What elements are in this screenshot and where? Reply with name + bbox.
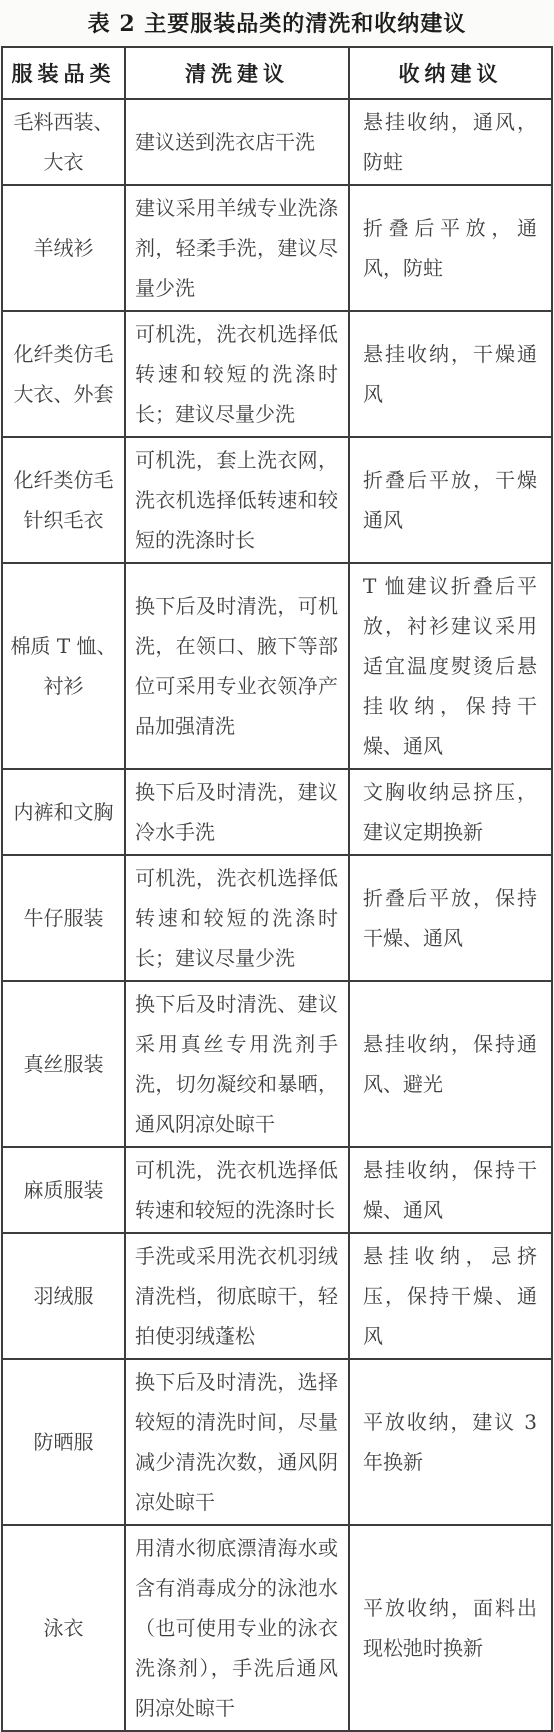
cleaning-cell: 换下后及时清洗，建议冷水手洗 xyxy=(125,769,349,855)
category-cell: 麻质服装 xyxy=(2,1147,125,1233)
category-cell: 羊绒衫 xyxy=(2,185,125,311)
table-row: 防晒服 换下后及时清洗，选择较短的清洗时间，尽量减少清洗次数，通风阴凉处晾干 平… xyxy=(2,1359,552,1525)
cleaning-cell: 建议采用羊绒专业洗涤剂，轻柔手洗，建议尽量少洗 xyxy=(125,185,349,311)
table-row: 麻质服装 可机洗，洗衣机选择低转速和较短的洗涤时长 悬挂收纳，保持干燥、通风 xyxy=(2,1147,552,1233)
table-row: 棉质 T 恤、衬衫 换下后及时清洗，可机洗，在领口、腋下等部位可采用专业衣领净产… xyxy=(2,563,552,769)
cleaning-cell: 可机洗，洗衣机选择低转速和较短的洗涤时长 xyxy=(125,1147,349,1233)
cleaning-cell: 换下后及时清洗、建议采用真丝专用洗剂手洗，切勿凝绞和暴晒，通风阴凉处晾干 xyxy=(125,981,349,1147)
header-row: 服装品类 清洗建议 收纳建议 xyxy=(2,47,552,99)
storage-cell: T 恤建议折叠后平放，衬衫建议采用适宜温度熨烫后悬挂收纳，保持干燥、通风 xyxy=(349,563,552,769)
col-header-cleaning: 清洗建议 xyxy=(125,47,349,99)
clothing-care-table: 服装品类 清洗建议 收纳建议 毛料西装、大衣 建议送到洗衣店干洗 悬挂收纳，通风… xyxy=(1,46,553,1732)
col-header-category: 服装品类 xyxy=(2,47,125,99)
table-row: 真丝服装 换下后及时清洗、建议采用真丝专用洗剂手洗，切勿凝绞和暴晒，通风阴凉处晾… xyxy=(2,981,552,1147)
category-cell: 毛料西装、大衣 xyxy=(2,99,125,185)
col-header-storage: 收纳建议 xyxy=(349,47,552,99)
table-row: 牛仔服装 可机洗，洗衣机选择低转速和较短的洗涤时长；建议尽量少洗 折叠后平放，保… xyxy=(2,855,552,981)
category-cell: 内裤和文胸 xyxy=(2,769,125,855)
table-row: 羽绒服 手洗或采用洗衣机羽绒清洗档，彻底晾干，轻拍使羽绒蓬松 悬挂收纳，忌挤压，… xyxy=(2,1233,552,1359)
storage-cell: 平放收纳，建议 3 年换新 xyxy=(349,1359,552,1525)
table-row: 化纤类仿毛针织毛衣 可机洗，套上洗衣网，洗衣机选择低转速和较短的洗涤时长 折叠后… xyxy=(2,437,552,563)
table-row: 内裤和文胸 换下后及时清洗，建议冷水手洗 文胸收纳忌挤压，建议定期换新 xyxy=(2,769,552,855)
cleaning-cell: 可机洗，洗衣机选择低转速和较短的洗涤时长；建议尽量少洗 xyxy=(125,311,349,437)
cleaning-cell: 可机洗，洗衣机选择低转速和较短的洗涤时长；建议尽量少洗 xyxy=(125,855,349,981)
storage-cell: 折叠后平放，保持干燥、通风 xyxy=(349,855,552,981)
category-cell: 防晒服 xyxy=(2,1359,125,1525)
storage-cell: 悬挂收纳，保持通风、避光 xyxy=(349,981,552,1147)
table-row: 羊绒衫 建议采用羊绒专业洗涤剂，轻柔手洗，建议尽量少洗 折叠后平放，通风，防蛀 xyxy=(2,185,552,311)
category-cell: 化纤类仿毛针织毛衣 xyxy=(2,437,125,563)
storage-cell: 折叠后平放，干燥通风 xyxy=(349,437,552,563)
cleaning-cell: 建议送到洗衣店干洗 xyxy=(125,99,349,185)
storage-cell: 折叠后平放，通风，防蛀 xyxy=(349,185,552,311)
cleaning-cell: 换下后及时清洗，选择较短的清洗时间，尽量减少清洗次数，通风阴凉处晾干 xyxy=(125,1359,349,1525)
document-page: 表 2 主要服装品类的清洗和收纳建议 服装品类 清洗建议 收纳建议 毛料西装、大… xyxy=(0,0,554,1732)
storage-cell: 悬挂收纳，忌挤压，保持干燥、通风 xyxy=(349,1233,552,1359)
category-cell: 真丝服装 xyxy=(2,981,125,1147)
table-row: 化纤类仿毛大衣、外套 可机洗，洗衣机选择低转速和较短的洗涤时长；建议尽量少洗 悬… xyxy=(2,311,552,437)
category-cell: 羽绒服 xyxy=(2,1233,125,1359)
cleaning-cell: 换下后及时清洗，可机洗，在领口、腋下等部位可采用专业衣领净产品加强清洗 xyxy=(125,563,349,769)
cleaning-cell: 可机洗，套上洗衣网，洗衣机选择低转速和较短的洗涤时长 xyxy=(125,437,349,563)
storage-cell: 平放收纳，面料出现松弛时换新 xyxy=(349,1525,552,1731)
storage-cell: 悬挂收纳，干燥通风 xyxy=(349,311,552,437)
cleaning-cell: 用清水彻底漂清海水或含有消毒成分的泳池水（也可使用专业的泳衣洗涤剂），手洗后通风… xyxy=(125,1525,349,1731)
category-cell: 棉质 T 恤、衬衫 xyxy=(2,563,125,769)
cleaning-cell: 手洗或采用洗衣机羽绒清洗档，彻底晾干，轻拍使羽绒蓬松 xyxy=(125,1233,349,1359)
table-row: 毛料西装、大衣 建议送到洗衣店干洗 悬挂收纳，通风，防蛀 xyxy=(2,99,552,185)
table-caption: 表 2 主要服装品类的清洗和收纳建议 xyxy=(0,0,554,46)
category-cell: 泳衣 xyxy=(2,1525,125,1731)
storage-cell: 文胸收纳忌挤压，建议定期换新 xyxy=(349,769,552,855)
category-cell: 化纤类仿毛大衣、外套 xyxy=(2,311,125,437)
category-cell: 牛仔服装 xyxy=(2,855,125,981)
storage-cell: 悬挂收纳，通风，防蛀 xyxy=(349,99,552,185)
table-row: 泳衣 用清水彻底漂清海水或含有消毒成分的泳池水（也可使用专业的泳衣洗涤剂），手洗… xyxy=(2,1525,552,1731)
storage-cell: 悬挂收纳，保持干燥、通风 xyxy=(349,1147,552,1233)
